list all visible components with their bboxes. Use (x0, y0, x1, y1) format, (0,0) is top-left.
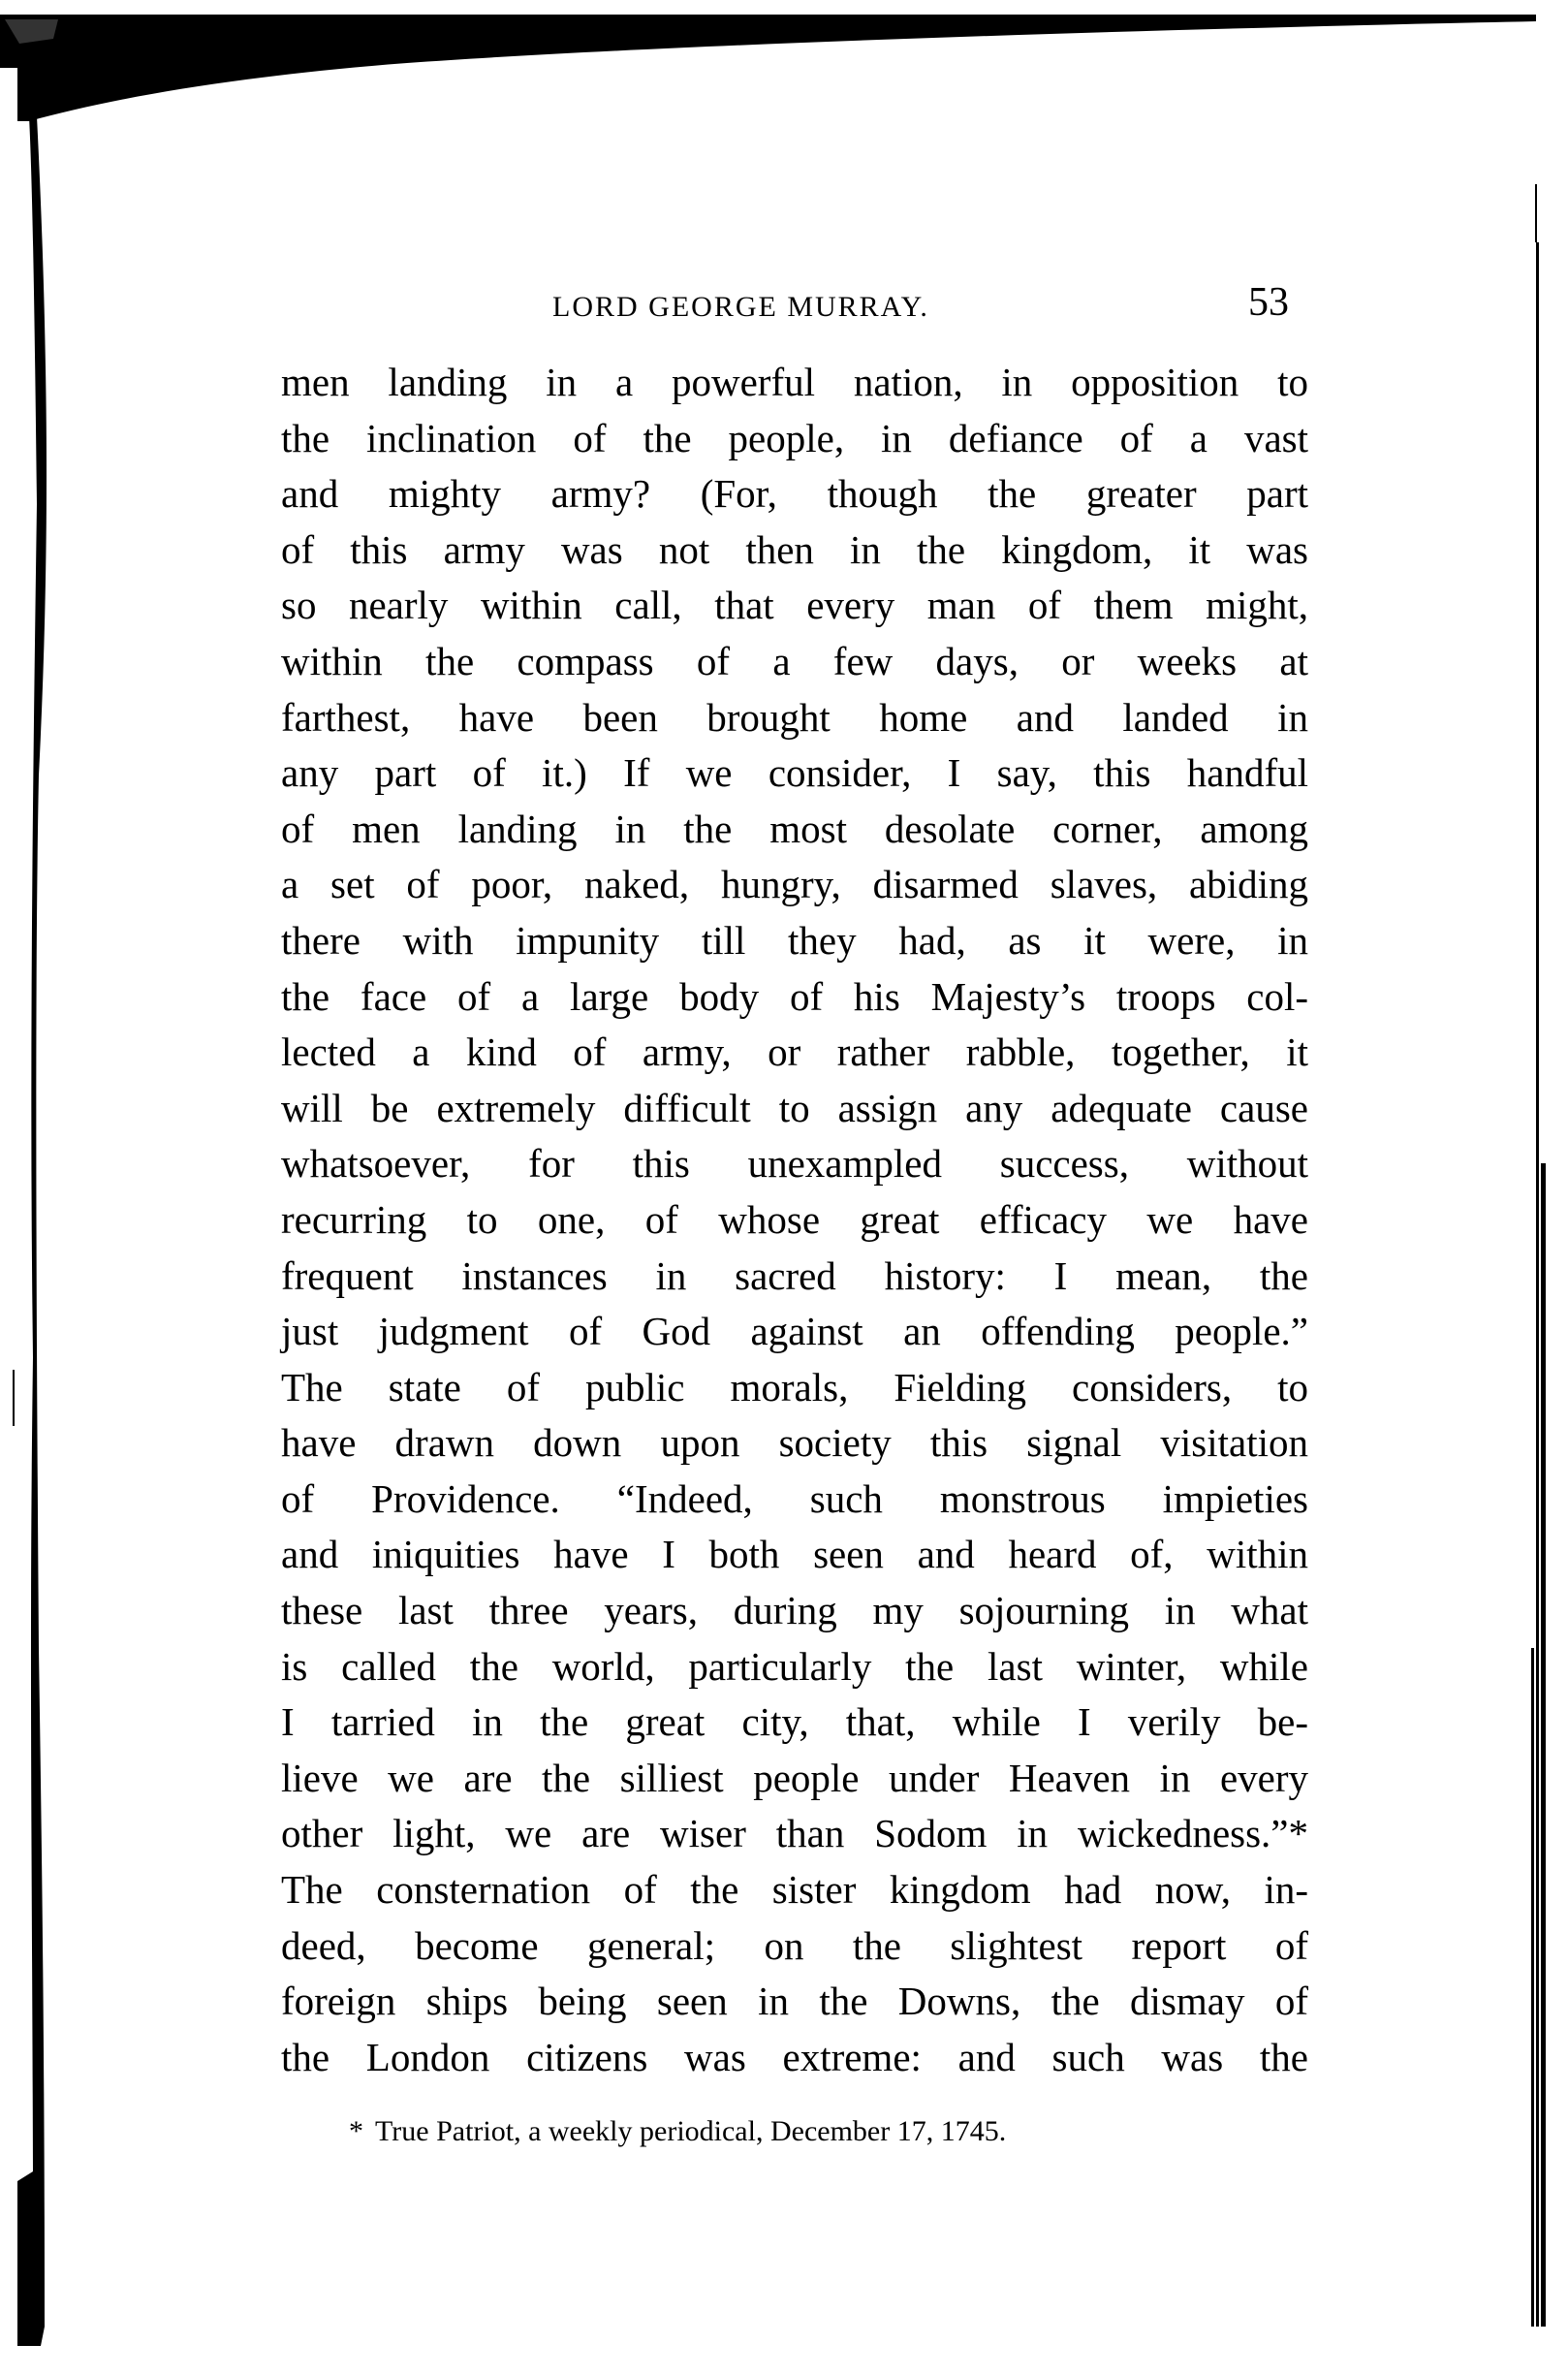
scan-right-edge (1531, 0, 1568, 2376)
text-line: frequent instances in sacred history: I … (281, 1249, 1308, 1305)
book-page: LORD GEORGE MURRAY. 53 men landing in a … (281, 281, 1308, 2149)
scan-top-shadow (0, 0, 1568, 126)
text-line: foreign ships being seen in the Downs, t… (281, 1974, 1308, 2030)
text-line: of Providence. “Indeed, such monstrous i… (281, 1472, 1308, 1528)
text-line: whatsoever, for this unexampled success,… (281, 1136, 1308, 1192)
text-line: so nearly within call, that every man of… (281, 578, 1308, 634)
text-line: of this army was not then in the kingdom… (281, 523, 1308, 579)
running-title: LORD GEORGE MURRAY. (552, 291, 929, 324)
text-line: lected a kind of army, or rather rabble,… (281, 1025, 1308, 1081)
scan-left-edge (0, 0, 68, 2376)
text-line: the inclination of the people, in defian… (281, 411, 1308, 467)
text-line: the face of a large body of his Majesty’… (281, 969, 1308, 1026)
text-line: within the compass of a few days, or wee… (281, 634, 1308, 690)
text-line: deed, become general; on the slightest r… (281, 1918, 1308, 1975)
text-line: and mighty army? (For, though the greate… (281, 466, 1308, 523)
text-line: a set of poor, naked, hungry, disarmed s… (281, 857, 1308, 913)
text-line: of men landing in the most desolate corn… (281, 802, 1308, 858)
text-line: just judgment of God against an offendin… (281, 1304, 1308, 1360)
body-text: men landing in a powerful nation, in opp… (281, 355, 1308, 2085)
text-line: other light, we are wiser than Sodom in … (281, 1806, 1308, 1862)
footnote-marker: * (349, 2115, 363, 2147)
text-line: have drawn down upon society this signal… (281, 1415, 1308, 1472)
text-line: is called the world, particularly the la… (281, 1639, 1308, 1695)
text-line: The consternation of the sister kingdom … (281, 1862, 1308, 1918)
text-line: lieve we are the silliest people under H… (281, 1751, 1308, 1807)
text-line: there with impunity till they had, as it… (281, 913, 1308, 969)
text-line: and iniquities have I both seen and hear… (281, 1527, 1308, 1583)
text-line: I tarried in the great city, that, while… (281, 1695, 1308, 1751)
footnote: *True Patriot, a weekly periodical, Dece… (281, 2114, 1308, 2149)
text-line: men landing in a powerful nation, in opp… (281, 355, 1308, 411)
text-line: The state of public morals, Fielding con… (281, 1360, 1308, 1416)
text-line: recurring to one, of whose great efficac… (281, 1192, 1308, 1249)
text-line: any part of it.) If we consider, I say, … (281, 745, 1308, 802)
text-line: will be extremely difficult to assign an… (281, 1081, 1308, 1137)
footnote-text: True Patriot, a weekly periodical, Decem… (375, 2115, 1006, 2147)
page-number: 53 (1248, 279, 1289, 326)
running-head: LORD GEORGE MURRAY. 53 (281, 281, 1308, 339)
text-line: these last three years, during my sojour… (281, 1583, 1308, 1639)
text-line: farthest, have been brought home and lan… (281, 690, 1308, 746)
text-line: the London citizens was extreme: and suc… (281, 2030, 1308, 2086)
